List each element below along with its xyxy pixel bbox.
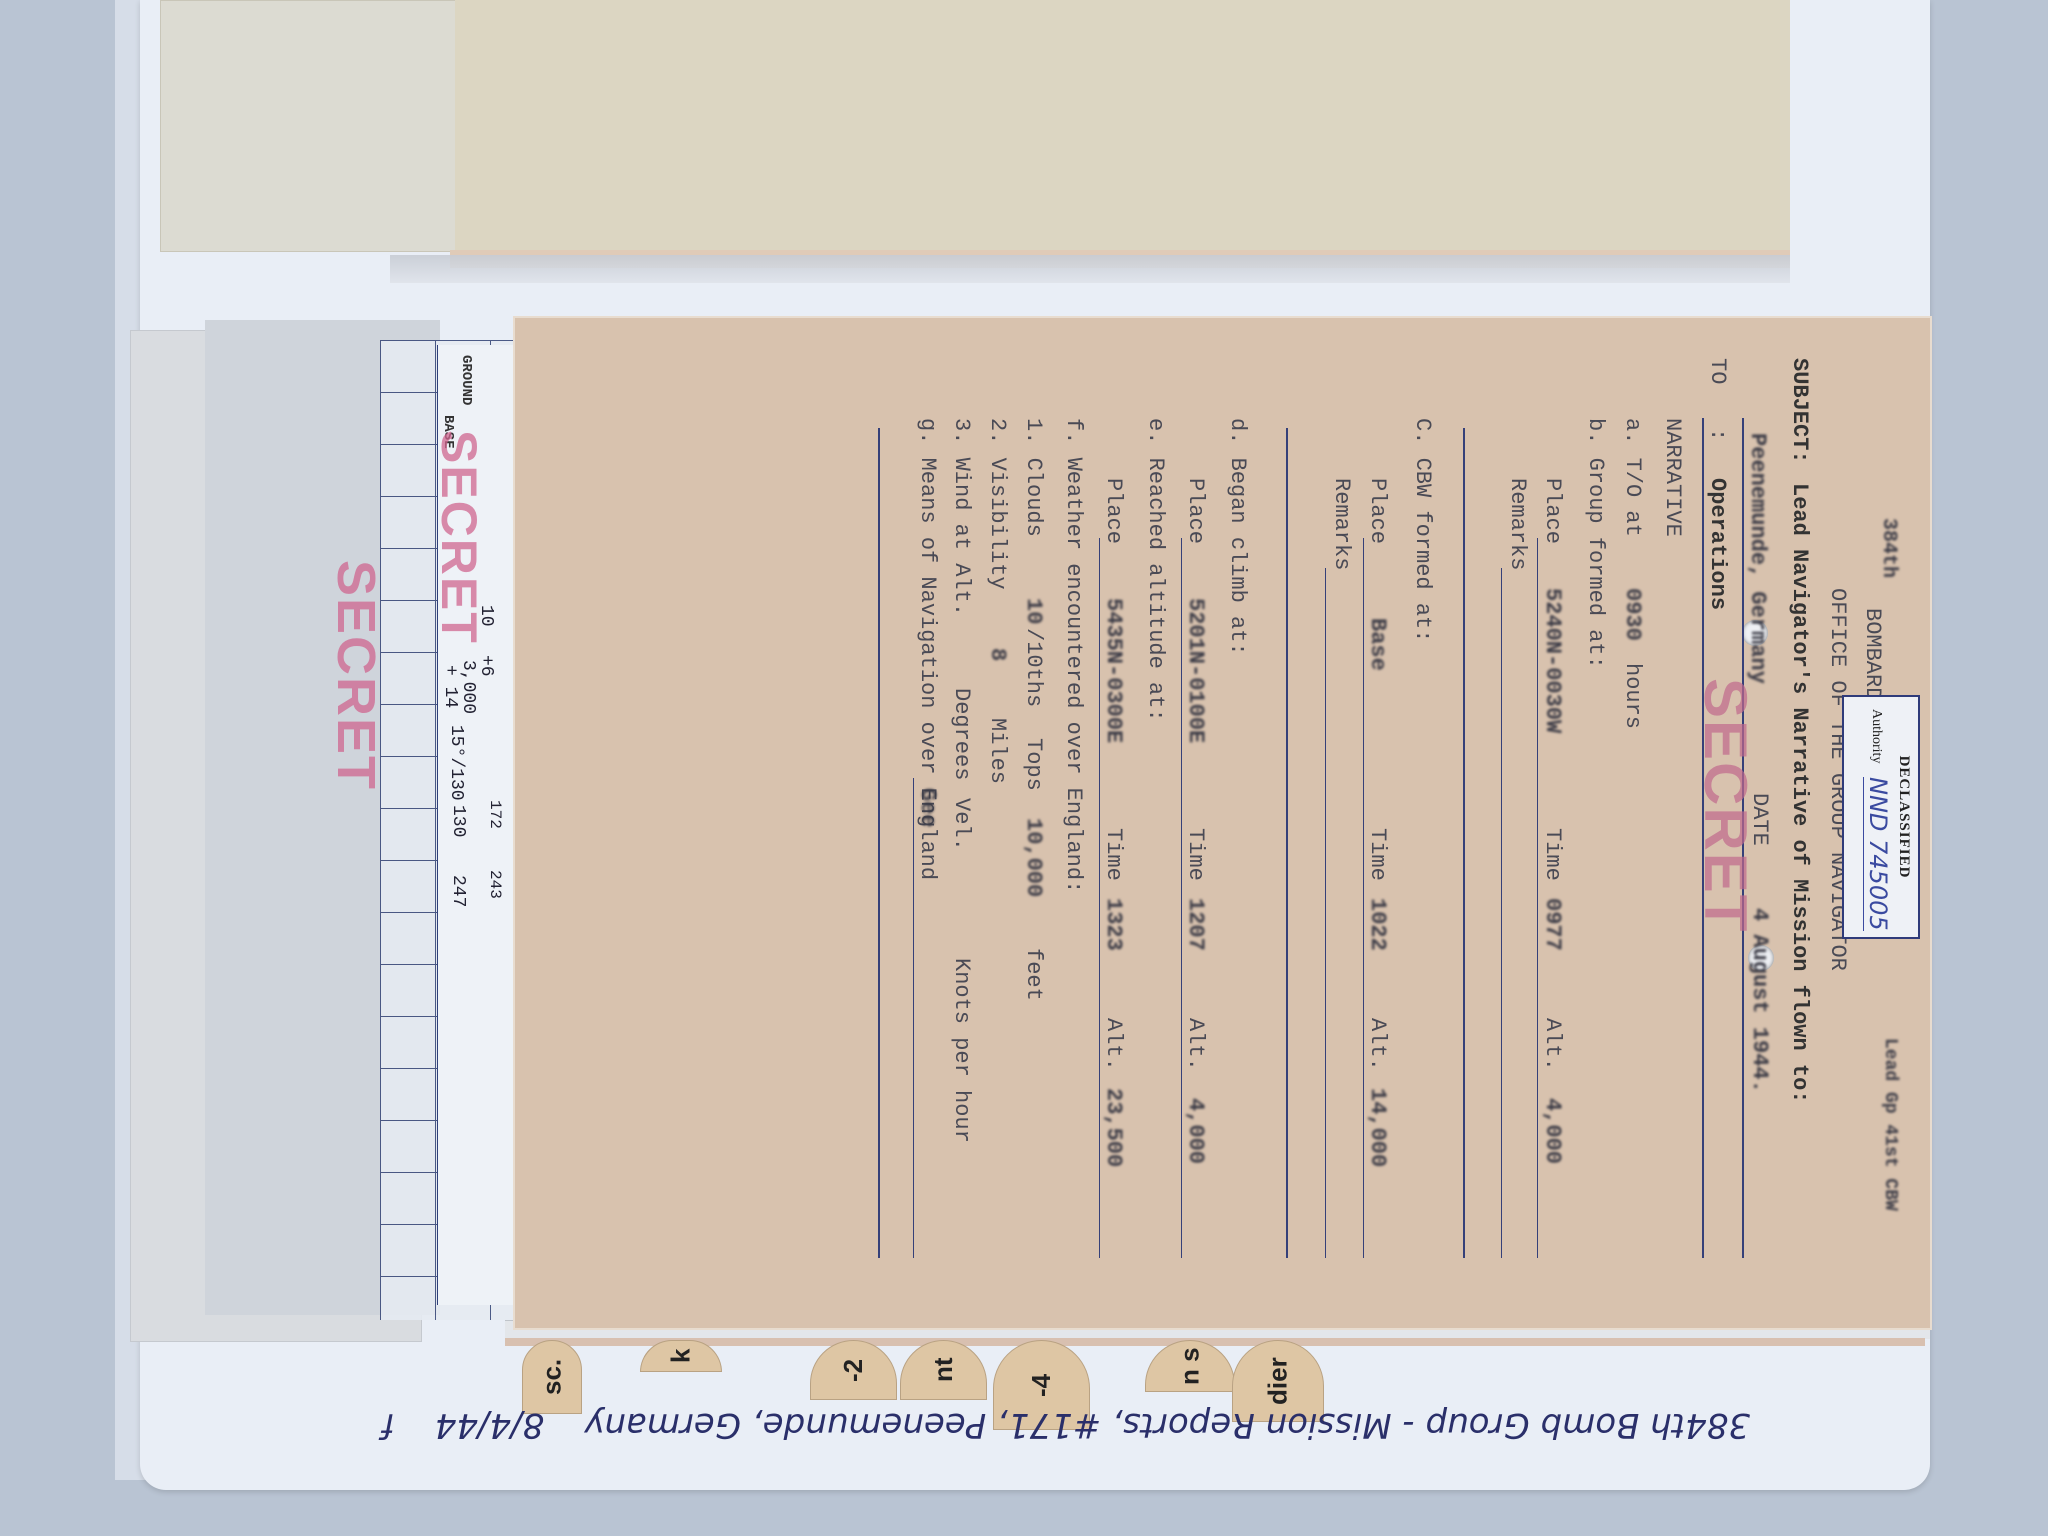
- log-value: 247: [448, 875, 468, 907]
- log-value: 243: [486, 870, 504, 899]
- item-c-time: 1022: [1365, 898, 1390, 951]
- item-e-alt-label: Alt.: [1101, 1018, 1126, 1071]
- tops-value: 10,000: [1021, 818, 1046, 897]
- item-e-time-label: Time: [1101, 828, 1126, 881]
- log-value: 172: [486, 800, 504, 829]
- visibility-value: 8: [985, 648, 1010, 661]
- item-b-label: b. Group formed at:: [1583, 418, 1608, 669]
- item-e-place: 5435N-0300E: [1101, 598, 1126, 743]
- handwritten-caption: 384th Bomb Group - Mission Reports, #171…: [330, 1380, 1750, 1470]
- wind-vel-unit: Knots per hour: [949, 958, 974, 1143]
- item-e-place-label: Place: [1101, 478, 1126, 544]
- secret-stamp-strip: SECRET: [430, 430, 488, 645]
- clouds-value: 10: [1021, 598, 1046, 624]
- subject-label: SUBJECT:: [1787, 358, 1812, 464]
- to-value: Operations: [1705, 478, 1730, 610]
- subject-text: Lead Navigator's Narrative of Mission fl…: [1787, 483, 1812, 1104]
- to-label: TO: [1705, 358, 1730, 384]
- narrative-label: NARRATIVE: [1660, 418, 1685, 537]
- authority-number: NND 745005: [1863, 777, 1892, 931]
- declassified-stamp: DECLASSIFIED Authority NND 745005: [1842, 695, 1920, 939]
- wind-vel-label: Vel.: [949, 798, 974, 851]
- document-content: 384th BOMBARDMENT GROUP (H) 384th Lead G…: [515, 318, 1930, 1328]
- plastic-sleeve: [390, 255, 1790, 283]
- row-label-ground: GROUND: [458, 355, 474, 405]
- mission-target: Peenemunde, Germany: [1745, 433, 1770, 684]
- declassified-title: DECLASSIFIED: [1895, 697, 1912, 937]
- item-b-alt: 4,000: [1540, 1098, 1565, 1164]
- clouds-unit: /10ths: [1021, 628, 1046, 707]
- item-b-time-label: Time: [1540, 828, 1565, 881]
- item-a-suffix: hours: [1620, 663, 1645, 729]
- wind-label: 3. Wind at Alt.: [949, 418, 974, 616]
- log-value: 130: [448, 805, 468, 837]
- item-c-alt-label: Alt.: [1365, 1018, 1390, 1071]
- item-b-place-label: Place: [1540, 478, 1565, 544]
- log-value: +6: [476, 655, 496, 677]
- item-c-alt: 14,000: [1365, 1088, 1390, 1167]
- log-value: 15°/130: [446, 725, 466, 801]
- item-c-time-label: Time: [1365, 828, 1390, 881]
- item-d-place: 5201N-0100E: [1183, 598, 1208, 743]
- item-a-value: 0930: [1620, 588, 1645, 641]
- item-d-alt-label: Alt.: [1183, 1018, 1208, 1071]
- group-number-value: 384th: [1877, 518, 1900, 578]
- caption-text: 384th Bomb Group - Mission Reports, #171…: [584, 1405, 1750, 1445]
- caption-mark: f: [383, 1405, 395, 1445]
- visibility-unit: Miles: [985, 718, 1010, 784]
- item-b-place: 5240N-0030W: [1540, 588, 1565, 733]
- item-d-label: d. Began climb at:: [1225, 418, 1250, 656]
- item-g-value: Gee: [915, 788, 940, 828]
- secret-stamp-doc: SECRET: [1691, 678, 1760, 933]
- wind-degrees-label: Degrees: [949, 688, 974, 780]
- paper-stack-left: [160, 0, 482, 252]
- log-value: + 14: [440, 665, 460, 708]
- item-b-time: 0977: [1540, 898, 1565, 951]
- item-c-label: C. CBW formed at:: [1410, 418, 1435, 642]
- tops-label: Tops: [1021, 738, 1046, 791]
- item-f-label: f. Weather encountered over England:: [1061, 418, 1086, 893]
- item-d-time-label: Time: [1183, 828, 1208, 881]
- date-value: 4 August 1944.: [1747, 908, 1772, 1093]
- item-e-alt: 23,500: [1101, 1088, 1126, 1167]
- item-e-label: e. Reached altitude at:: [1143, 418, 1168, 722]
- paper-stack-top: [455, 0, 1790, 259]
- item-d-place-label: Place: [1183, 478, 1208, 544]
- secret-stamp-left: SECRET: [325, 560, 387, 791]
- item-d-time: 1207: [1183, 898, 1208, 951]
- item-c-place: Base: [1365, 618, 1390, 671]
- corner-note: Lead Gp 41st CBW: [1880, 1038, 1900, 1211]
- paper-under-2: [505, 1338, 1925, 1346]
- log-value: 3,000: [458, 660, 478, 714]
- item-e-time: 1323: [1101, 898, 1126, 951]
- item-b-remarks-label: Remarks: [1505, 478, 1530, 570]
- item-a-label: a. T/O at: [1620, 418, 1645, 537]
- item-c-remarks-label: Remarks: [1329, 478, 1354, 570]
- caption-date: 8/4/44: [435, 1405, 544, 1445]
- authority-label: Authority: [1868, 709, 1884, 763]
- clouds-label: 1. Clouds: [1021, 418, 1046, 537]
- item-c-place-label: Place: [1365, 478, 1390, 544]
- visibility-label: 2. Visibility: [985, 418, 1010, 590]
- item-d-alt: 4,000: [1183, 1098, 1208, 1164]
- item-b-alt-label: Alt.: [1540, 1018, 1565, 1071]
- tops-unit: feet: [1021, 948, 1046, 1001]
